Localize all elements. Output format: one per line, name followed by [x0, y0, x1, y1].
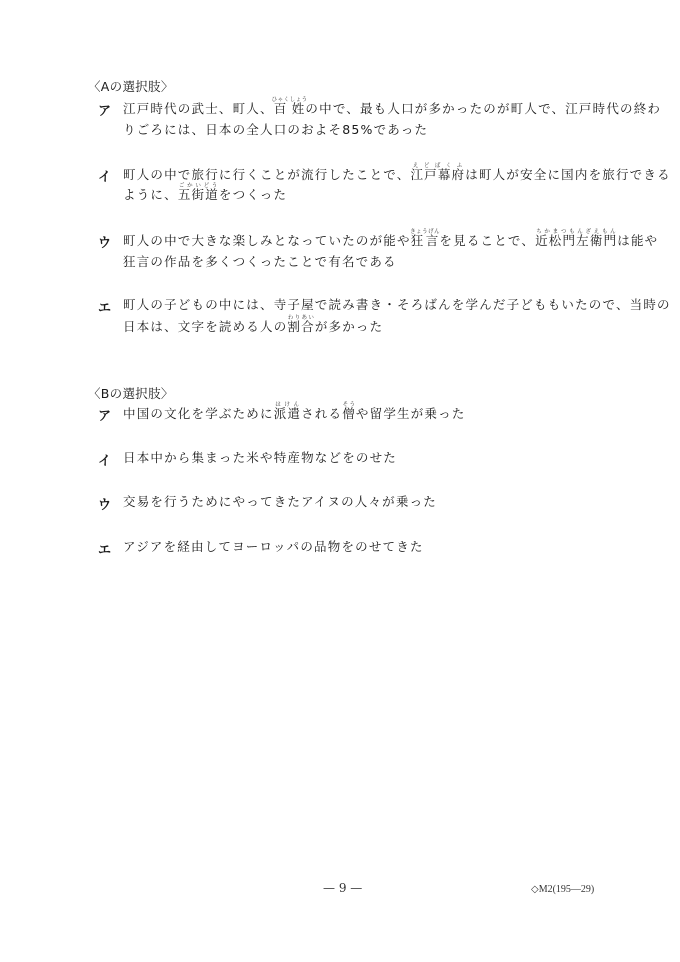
text-segment: 中国の文化を学ぶために	[123, 406, 274, 421]
text-segment: を見ることで、	[439, 233, 535, 248]
ruby-text: ひゃくしょう	[272, 97, 308, 103]
page-number: — 9 —	[323, 881, 362, 895]
option-marker: ア	[98, 100, 111, 119]
text-segment: の中で、最も人口が多かったのが町人で、江戸時代の終わ	[305, 101, 661, 116]
ruby-base: 狂言	[410, 233, 440, 248]
text-segment: や留学生が乗った	[356, 406, 466, 421]
option-marker: エ	[98, 297, 111, 316]
ruby-text: わりあい	[287, 315, 314, 321]
ruby-chikamatsu: 近松門左衛門ちかまつもんざえもん	[535, 233, 617, 248]
option-text-line2: 狂言の作品を多くつくったことで有名である	[123, 254, 397, 270]
text-segment: は能や	[617, 233, 658, 248]
option-text-line1: 江戸時代の武士、町人、百姓ひゃくしょうの中で、最も人口が多かったのが町人で、江戸…	[123, 94, 661, 124]
ruby-text: きょうげん	[410, 229, 440, 235]
option-text-line1: 町人の子どもの中には、寺子屋で読み書き・そろばんを学んだ子どももいたので、当時の	[123, 297, 671, 313]
option-marker: ア	[98, 405, 111, 424]
ruby-base: 近松門左衛門	[535, 233, 617, 248]
text-segment: される	[301, 406, 342, 421]
ruby-text: そう	[342, 402, 356, 408]
option-marker: ウ	[98, 494, 111, 513]
option-text-line2: ように、五街道ごかいどうをつくった	[123, 180, 287, 210]
ruby-base: 五街道	[178, 187, 219, 202]
ruby-base: 江戸幕府	[410, 167, 465, 182]
text-segment: 町人の中で大きな楽しみとなっていたのが能や	[123, 233, 411, 248]
text-segment: をつくった	[219, 187, 287, 202]
ruby-hyakusho: 百姓ひゃくしょう	[274, 101, 306, 116]
option-text-line2: りごろには、日本の全人口のおよそ85%であった	[123, 122, 428, 138]
option-text: 交易を行うためにやってきたアイヌの人々が乗った	[123, 494, 437, 510]
ruby-text: ちかまつもんざえもん	[535, 229, 617, 235]
ruby-edobakufu: 江戸幕府えどばくふ	[410, 167, 465, 182]
ruby-gokaido: 五街道ごかいどう	[178, 187, 219, 202]
ruby-so: 僧そう	[342, 406, 356, 421]
ruby-text: ごかいどう	[178, 183, 219, 189]
option-marker: ウ	[98, 232, 111, 251]
option-marker: エ	[98, 539, 111, 558]
option-text: 中国の文化を学ぶために派遣はけんされる僧そうや留学生が乗った	[123, 399, 466, 429]
option-marker: イ	[98, 166, 111, 185]
ruby-base: 派遣	[274, 406, 301, 421]
ruby-base: 割合	[287, 319, 314, 334]
ruby-kyogen: 狂言きょうげん	[411, 233, 440, 248]
exam-code: ◇M2(195—29)	[531, 884, 594, 895]
ruby-base: 僧	[342, 406, 356, 421]
section-a-heading: 〈Aの選択肢〉	[88, 77, 174, 95]
text-segment: は町人が安全に国内を旅行できる	[465, 167, 671, 182]
ruby-wariai: 割合わりあい	[287, 319, 314, 334]
option-text-line2: 日本は、文字を読める人の割合わりあいが多かった	[123, 312, 383, 342]
ruby-haken: 派遣はけん	[274, 406, 301, 421]
ruby-text: はけん	[274, 402, 301, 408]
option-text: アジアを経由してヨーロッパの品物をのせてきた	[123, 539, 424, 555]
text-segment: 日本は、文字を読める人の	[123, 319, 287, 334]
ruby-text: えどばくふ	[410, 163, 465, 169]
ruby-base: 百姓	[272, 101, 308, 116]
text-segment: 江戸時代の武士、町人、	[123, 101, 274, 116]
text-segment: ように、	[123, 187, 178, 202]
option-text: 日本中から集まった米や特産物などをのせた	[123, 450, 397, 466]
option-marker: イ	[98, 450, 111, 469]
text-segment: が多かった	[315, 319, 384, 334]
option-text-line1: 町人の中で大きな楽しみとなっていたのが能や狂言きょうげんを見ることで、近松門左衛…	[123, 226, 658, 256]
